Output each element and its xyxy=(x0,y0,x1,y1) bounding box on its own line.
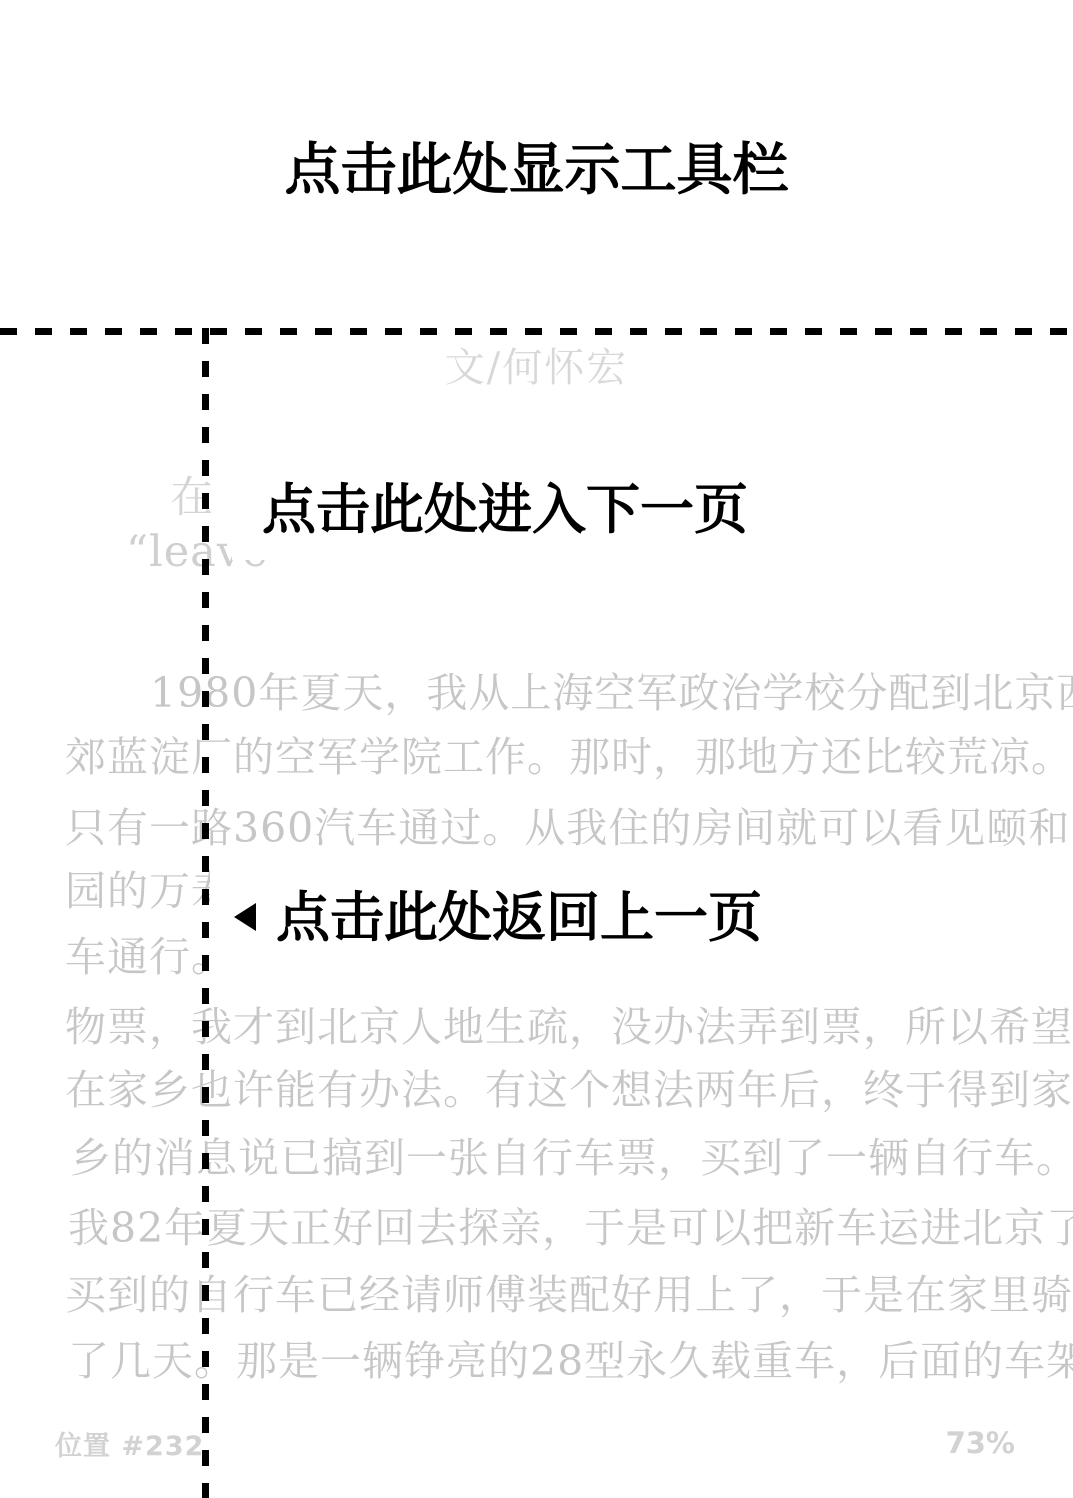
left-arrow-icon xyxy=(234,903,256,931)
reading-progress-percent: 73% xyxy=(946,1426,1015,1460)
next-page-tap-zone[interactable]: 点击此处进入下一页 xyxy=(232,458,778,560)
prev-page-hint-label: 点击此处返回上一页 xyxy=(276,890,762,944)
book-body-line: 了几天。那是一辆铮亮的28型永久载重车，后面的车架 xyxy=(68,1340,1073,1383)
tap-zone-divider-horizontal xyxy=(0,328,1073,335)
book-body-line: 物票，我才到北京人地生疏，没办法弄到票，所以希望 xyxy=(65,1006,1073,1049)
book-body-line: 买到的自行车已经请师傅装配好用上了，于是在家里骑 xyxy=(65,1274,1073,1317)
reader-tap-zone-tutorial: 文/何怀宏 在 “leave 1980年夏天，我从上海空军政治学校分配到北京西 … xyxy=(0,0,1073,1498)
reading-location-status: 位置 #232 xyxy=(55,1424,204,1463)
tap-zone-divider-vertical xyxy=(202,328,209,1498)
book-body-line: 在家乡也许能有办法。有这个想法两年后，终于得到家 xyxy=(65,1069,1073,1112)
book-body-line: 我82年夏天正好回去探亲，于是可以把新车运进北京了。 xyxy=(68,1207,1073,1250)
book-body-line: 郊蓝淀厂的空军学院工作。那时，那地方还比较荒凉。 xyxy=(65,736,1073,779)
prev-page-tap-zone[interactable]: 点击此处返回上一页 xyxy=(210,866,792,968)
show-toolbar-tap-zone[interactable]: 点击此处显示工具栏 xyxy=(0,142,1073,198)
book-body-line: 1980年夏天，我从上海空军政治学校分配到北京西 xyxy=(150,672,1073,715)
book-body-line: 乡的消息说已搞到一张自行车票，买到了一辆自行车。 xyxy=(70,1137,1073,1180)
book-body-line: 只有一路360汽车通过。从我住的房间就可以看见颐和 xyxy=(65,807,1070,850)
book-byline: 文/何怀宏 xyxy=(0,336,1073,393)
